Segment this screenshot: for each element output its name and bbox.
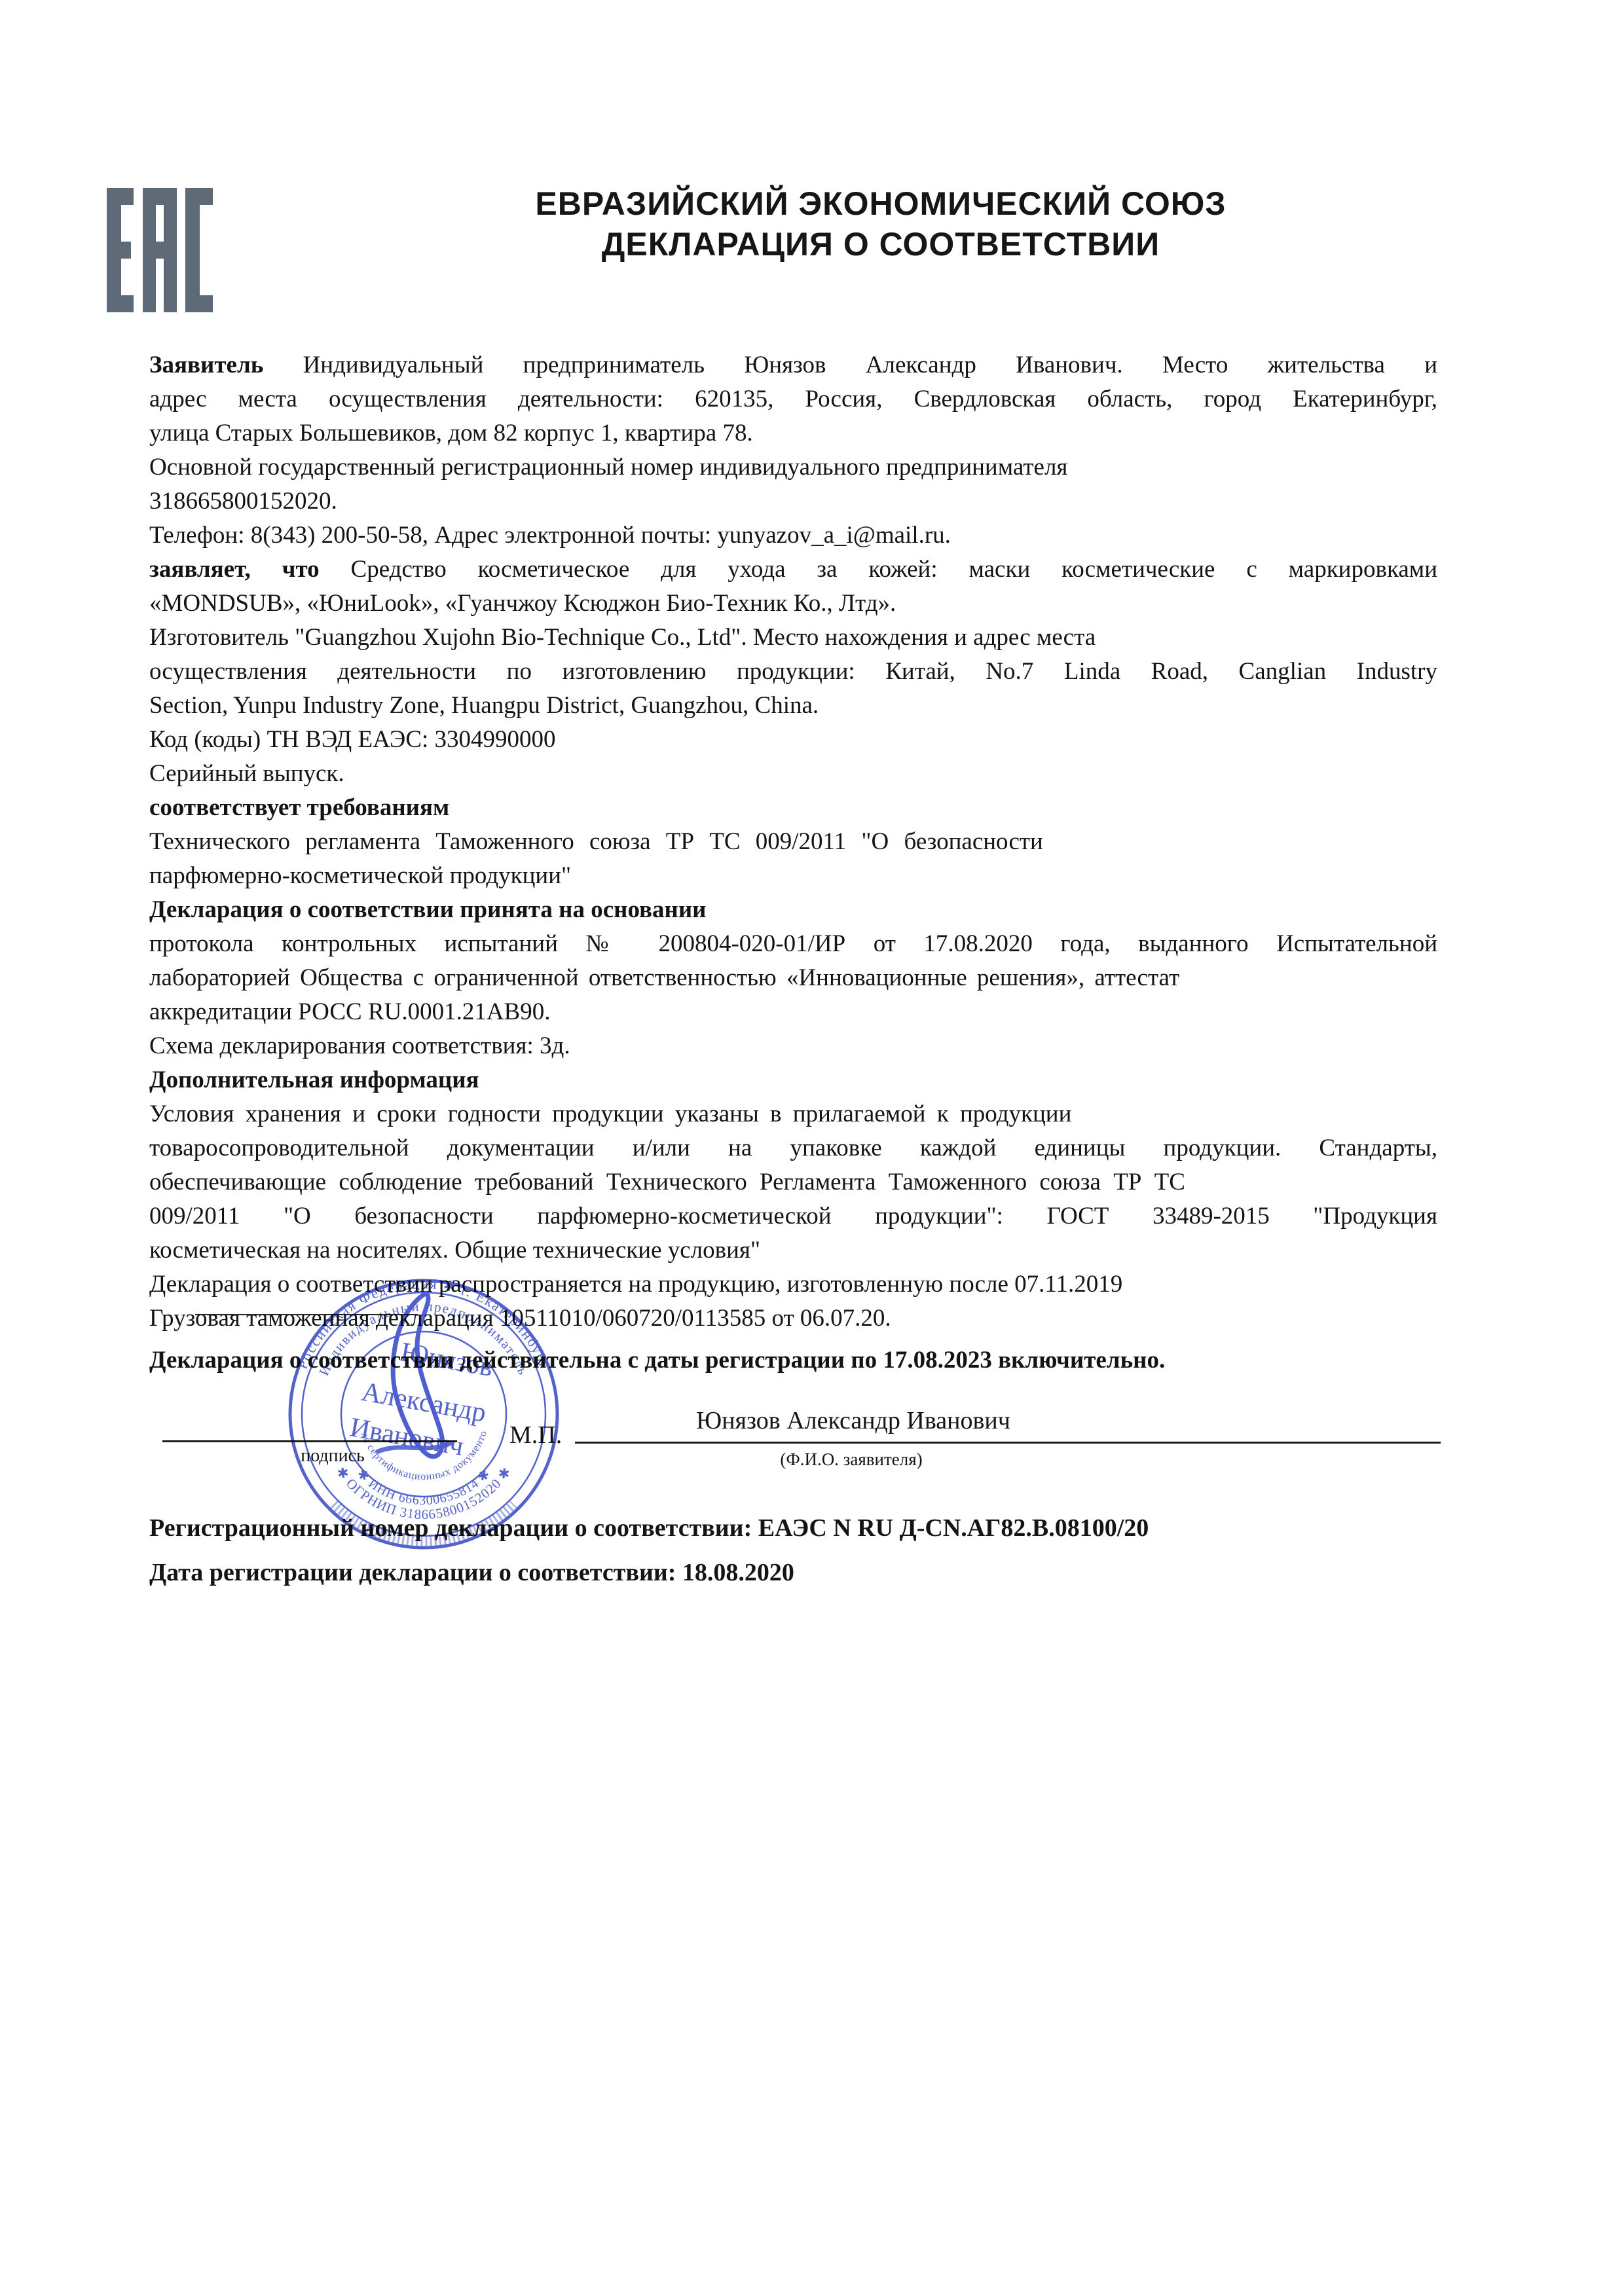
fio-line — [575, 1442, 1441, 1444]
document-title: ЕВРАЗИЙСКИЙ ЭКОНОМИЧЕСКИЙ СОЮЗ ДЕКЛАРАЦИ… — [535, 183, 1226, 264]
fio-caption: (Ф.И.О. заявителя) — [780, 1449, 922, 1470]
document-line: протокола контрольных испытаний № 200804… — [149, 927, 1437, 961]
document-line: Технического регламента Таможенного союз… — [149, 825, 1437, 859]
eac-logo-icon — [107, 188, 213, 312]
document-line: обеспечивающие соблюдение требований Тех… — [149, 1165, 1437, 1199]
title-line-union: ЕВРАЗИЙСКИЙ ЭКОНОМИЧЕСКИЙ СОЮЗ — [535, 183, 1226, 224]
document-line: улица Старых Большевиков, дом 82 корпус … — [149, 416, 1437, 450]
registration-date-line: Дата регистрации декларации о соответств… — [149, 1558, 794, 1587]
document-body: Заявитель Индивидуальный предприниматель… — [149, 348, 1437, 1336]
document-line: Section, Yunpu Industry Zone, Huangpu Di… — [149, 689, 1437, 723]
document-line: лабораторией Общества с ограниченной отв… — [149, 961, 1437, 995]
stamp-seal-icon: Российская Федерация ✱ г. Екатеринбург И… — [280, 1270, 568, 1558]
document-line: парфюмерно-косметической продукции" — [149, 859, 1437, 893]
document-line: Основной государственный регистрационный… — [149, 450, 1437, 484]
document-line: соответствует требованиям — [149, 791, 1437, 825]
stamp-name-line1: Юнязов — [398, 1337, 495, 1383]
document-line: Декларация о соответствии принята на осн… — [149, 893, 1437, 927]
document-line: адрес места осуществления деятельности: … — [149, 382, 1437, 416]
applicant-name: Юнязов Александр Иванович — [696, 1406, 1010, 1435]
document-line: 009/2011 "О безопасности парфюмерно-косм… — [149, 1199, 1437, 1233]
title-line-declaration: ДЕКЛАРАЦИЯ О СООТВЕТСТВИИ — [535, 224, 1226, 264]
document-line: косметическая на носителях. Общие технич… — [149, 1233, 1437, 1267]
document-line: 318665800152020. — [149, 484, 1437, 519]
document-line: «MONDSUB», «ЮниLook», «Гуанчжоу Ксюджон … — [149, 587, 1437, 621]
document-line: Дополнительная информация — [149, 1063, 1437, 1097]
document-line: Телефон: 8(343) 200-50-58, Адрес электро… — [149, 519, 1437, 553]
document-line: товаросопроводительной документации и/ил… — [149, 1131, 1437, 1165]
document-line: Серийный выпуск. — [149, 757, 1437, 791]
document-line: осуществления деятельности по изготовлен… — [149, 655, 1437, 689]
declaration-document: ЕВРАЗИЙСКИЙ ЭКОНОМИЧЕСКИЙ СОЮЗ ДЕКЛАРАЦИ… — [0, 0, 1624, 2296]
document-line: Изготовитель "Guangzhou Xujohn Bio-Techn… — [149, 621, 1437, 655]
document-line: Заявитель Индивидуальный предприниматель… — [149, 348, 1437, 382]
document-line: заявляет, что Средство косметическое для… — [149, 553, 1437, 587]
document-line: Условия хранения и сроки годности продук… — [149, 1097, 1437, 1131]
document-line: Схема декларирования соответствия: 3д. — [149, 1029, 1437, 1063]
document-line: аккредитации РОСС RU.0001.21АВ90. — [149, 995, 1437, 1029]
document-line: Код (коды) ТН ВЭД ЕАЭС: 3304990000 — [149, 723, 1437, 757]
